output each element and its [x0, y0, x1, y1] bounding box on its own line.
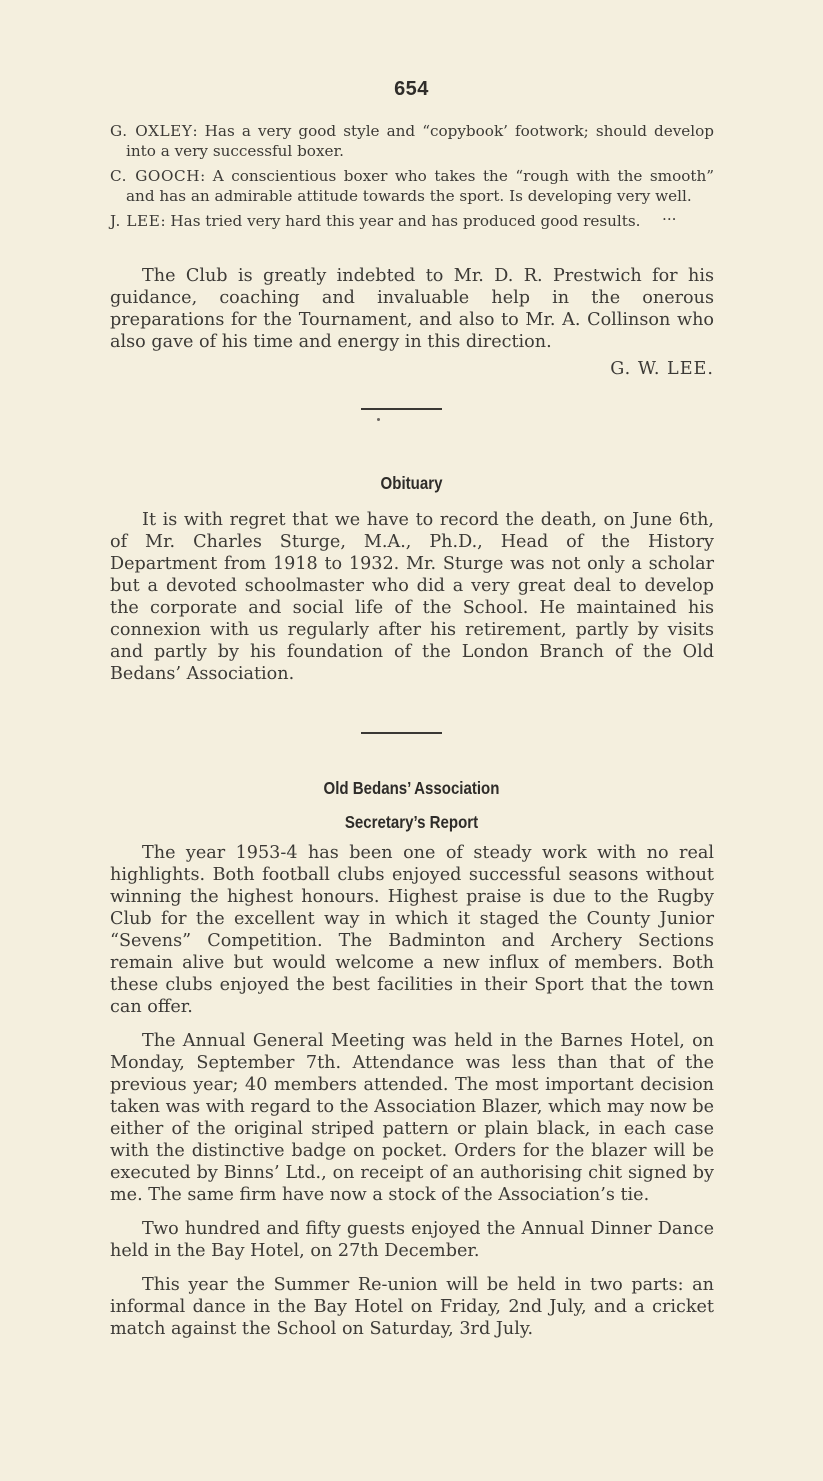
obituary-section: It is with regret that we have to record…: [110, 509, 714, 685]
obituary-text: It is with regret that we have to record…: [110, 509, 714, 685]
signature: G. W. LEE.: [110, 359, 714, 379]
boxer-name: J. LEE: [110, 212, 160, 230]
personality-entry: J. LEE: Has tried very hard this year an…: [110, 212, 714, 232]
section-divider: [361, 732, 442, 734]
boxer-comment: Has tried very hard this year and has pr…: [170, 212, 640, 230]
personality-entry: G. OXLEY: Has a very good style and “cop…: [110, 122, 714, 161]
boxer-name: C. GOOCH: [110, 167, 200, 185]
obituary-heading: Obituary: [58, 473, 766, 494]
boxer-name: G. OXLEY: [110, 122, 192, 140]
association-heading: Old Bedans’ Association: [58, 778, 766, 799]
boxing-personalities-list: G. OXLEY: Has a very good style and “cop…: [110, 122, 714, 238]
secretary-report: The year 1953-4 has been one of steady w…: [110, 842, 714, 1352]
report-paragraph: The Annual General Meeting was held in t…: [110, 1030, 714, 1206]
club-acknowledgement: The Club is greatly indebted to Mr. D. R…: [110, 265, 714, 379]
report-subheading: Secretary’s Report: [58, 812, 766, 833]
document-page: 654 G. OXLEY: Has a very good style and …: [0, 0, 823, 1481]
club-acknowledgement-text: The Club is greatly indebted to Mr. D. R…: [110, 265, 714, 353]
section-divider: [361, 408, 442, 410]
report-paragraph: This year the Summer Re-union will be he…: [110, 1274, 714, 1340]
boxer-comment: Has a very good style and “copybook’ foo…: [126, 122, 714, 160]
boxer-comment: A conscientious boxer who takes the “rou…: [126, 167, 714, 205]
print-speck: [377, 418, 380, 421]
page-number: 654: [0, 78, 823, 101]
report-paragraph: The year 1953-4 has been one of steady w…: [110, 842, 714, 1018]
report-paragraph: Two hundred and fifty guests enjoyed the…: [110, 1218, 714, 1262]
personality-entry: C. GOOCH: A conscientious boxer who take…: [110, 167, 714, 206]
